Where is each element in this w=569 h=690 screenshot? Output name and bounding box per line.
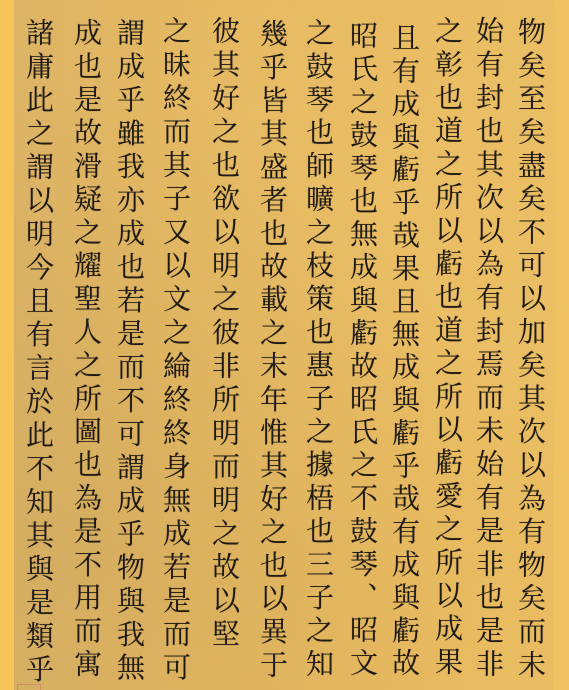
text-column-12: 諸庸此之謂以明今且有言於此不知其與是類乎	[24, 18, 52, 688]
text-column-10: 謂成乎雖我亦成也若是而不可謂成乎物與我無	[115, 18, 143, 686]
text-column-4: 且有成與虧乎哉果且無成與虧乎哉有成與虧故	[390, 23, 418, 681]
calligraphy-sheet: 物矣至矣盡矣不可以加矣其次以為有物矣而未 始有封也其次以為有封焉而未始有是非也是…	[0, 0, 569, 690]
text-column-11: 成也是故滑疑之耀聖人之所圖也為是不用而寓	[72, 18, 100, 682]
text-column-1: 物矣至矣盡矣不可以加矣其次以為有物矣而未	[516, 17, 544, 683]
text-column-8: 彼其好之也欲以明之彼非所明而明之故以堅	[210, 16, 238, 653]
text-column-2: 始有封也其次以為有封焉而未始有是非也是非	[474, 16, 502, 682]
text-column-3: 之彰也道之所以虧也道之所以虧愛之所以成果	[433, 16, 461, 680]
right-mount-edge	[553, 0, 569, 690]
text-column-7: 幾乎皆其盛者也故載之末年惟其好之也以異于	[258, 19, 286, 683]
text-column-6: 之鼓琴也師曠之枝策也惠子之據梧也三子之知	[304, 18, 332, 682]
left-mount-edge	[0, 0, 14, 690]
seal-stamp-fragment	[17, 684, 41, 690]
text-column-9: 之昧終而其子又以文之綸終終身無成若是而可	[161, 16, 189, 686]
text-column-5: 昭氏之鼓琴也無成與虧故昭氏之不鼓琴、昭文	[348, 21, 376, 681]
